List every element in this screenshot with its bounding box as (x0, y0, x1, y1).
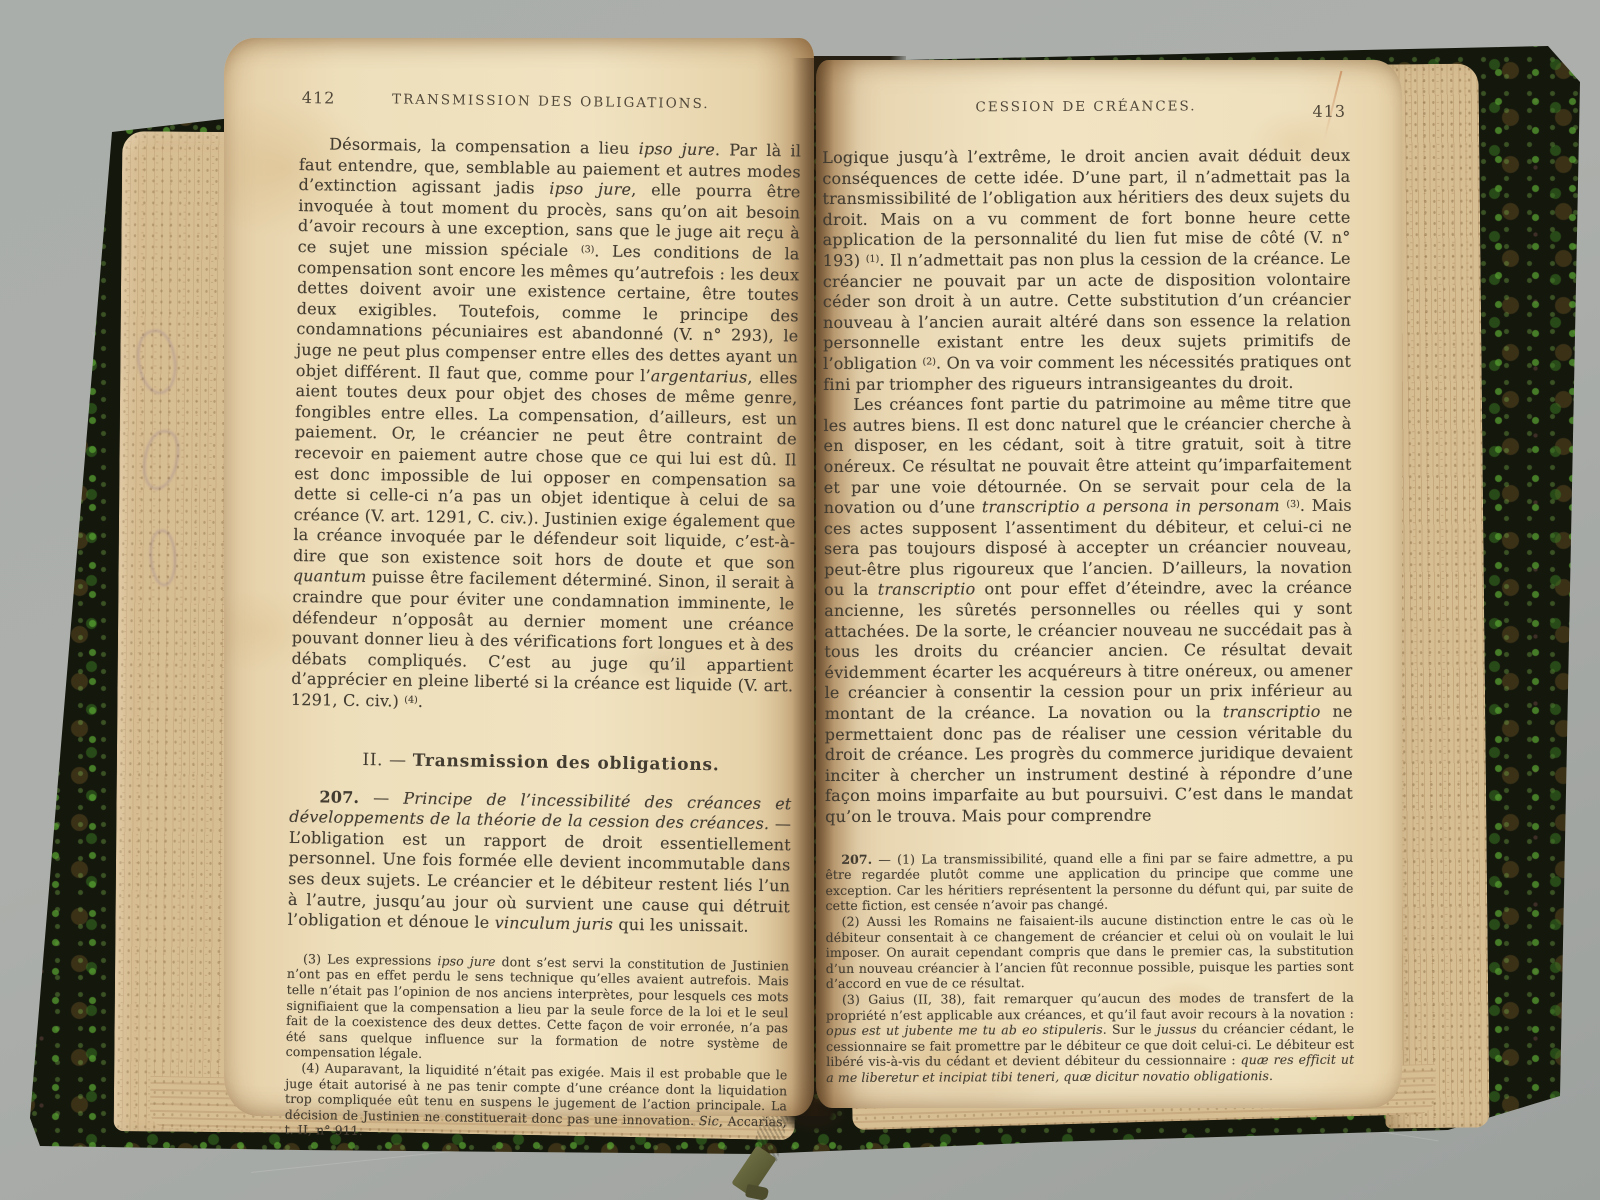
right-page-number: 413 (1312, 102, 1346, 121)
right-footnotes: 207. — (1) La transmissibilité, quand el… (825, 849, 1354, 1085)
photograph-open-book: 412 TRANSMISSION DES OBLIGATIONS. Désorm… (0, 0, 1600, 1200)
right-page-text: CESSION DE CRÉANCES. 413 Logique jusqu’à… (822, 98, 1354, 1086)
right-running-header: CESSION DE CRÉANCES. 413 (822, 98, 1350, 120)
paragraph-207: 207. — Principe de l’incessibilité des c… (288, 787, 792, 939)
footnote-4: (4) Auparavant, la liquidité n’était pas… (284, 1060, 787, 1145)
footnote-207-1: 207. — (1) La transmissibilité, quand el… (825, 849, 1353, 914)
right-body-paragraph-2: Les créances font partie du patrimoine a… (823, 393, 1353, 828)
footnote-2: (2) Aussi les Romains ne faisaient-ils a… (826, 912, 1354, 992)
right-running-title: CESSION DE CRÉANCES. (822, 98, 1350, 116)
left-body-paragraph: Désormais, la compensation a lieu ipso j… (291, 134, 801, 718)
left-page-text: 412 TRANSMISSION DES OBLIGATIONS. Désorm… (284, 90, 801, 1145)
footnote-3-right: (3) Gaius (II, 38), fait remarquer qu’au… (826, 990, 1354, 1086)
bookmark-ribbon-tip (745, 1184, 769, 1200)
margin-scribble-marks (130, 320, 200, 620)
left-footnotes: (3) Les expressions ipso jure dont s’est… (284, 951, 789, 1146)
footnote-3: (3) Les expressions ipso jure dont s’est… (286, 951, 790, 1068)
section-heading: II. — Transmission des obligations. (290, 749, 792, 776)
right-body-paragraph-1: Logique jusqu’à l’extrême, le droit anci… (822, 146, 1351, 395)
left-page-number: 412 (302, 88, 336, 107)
